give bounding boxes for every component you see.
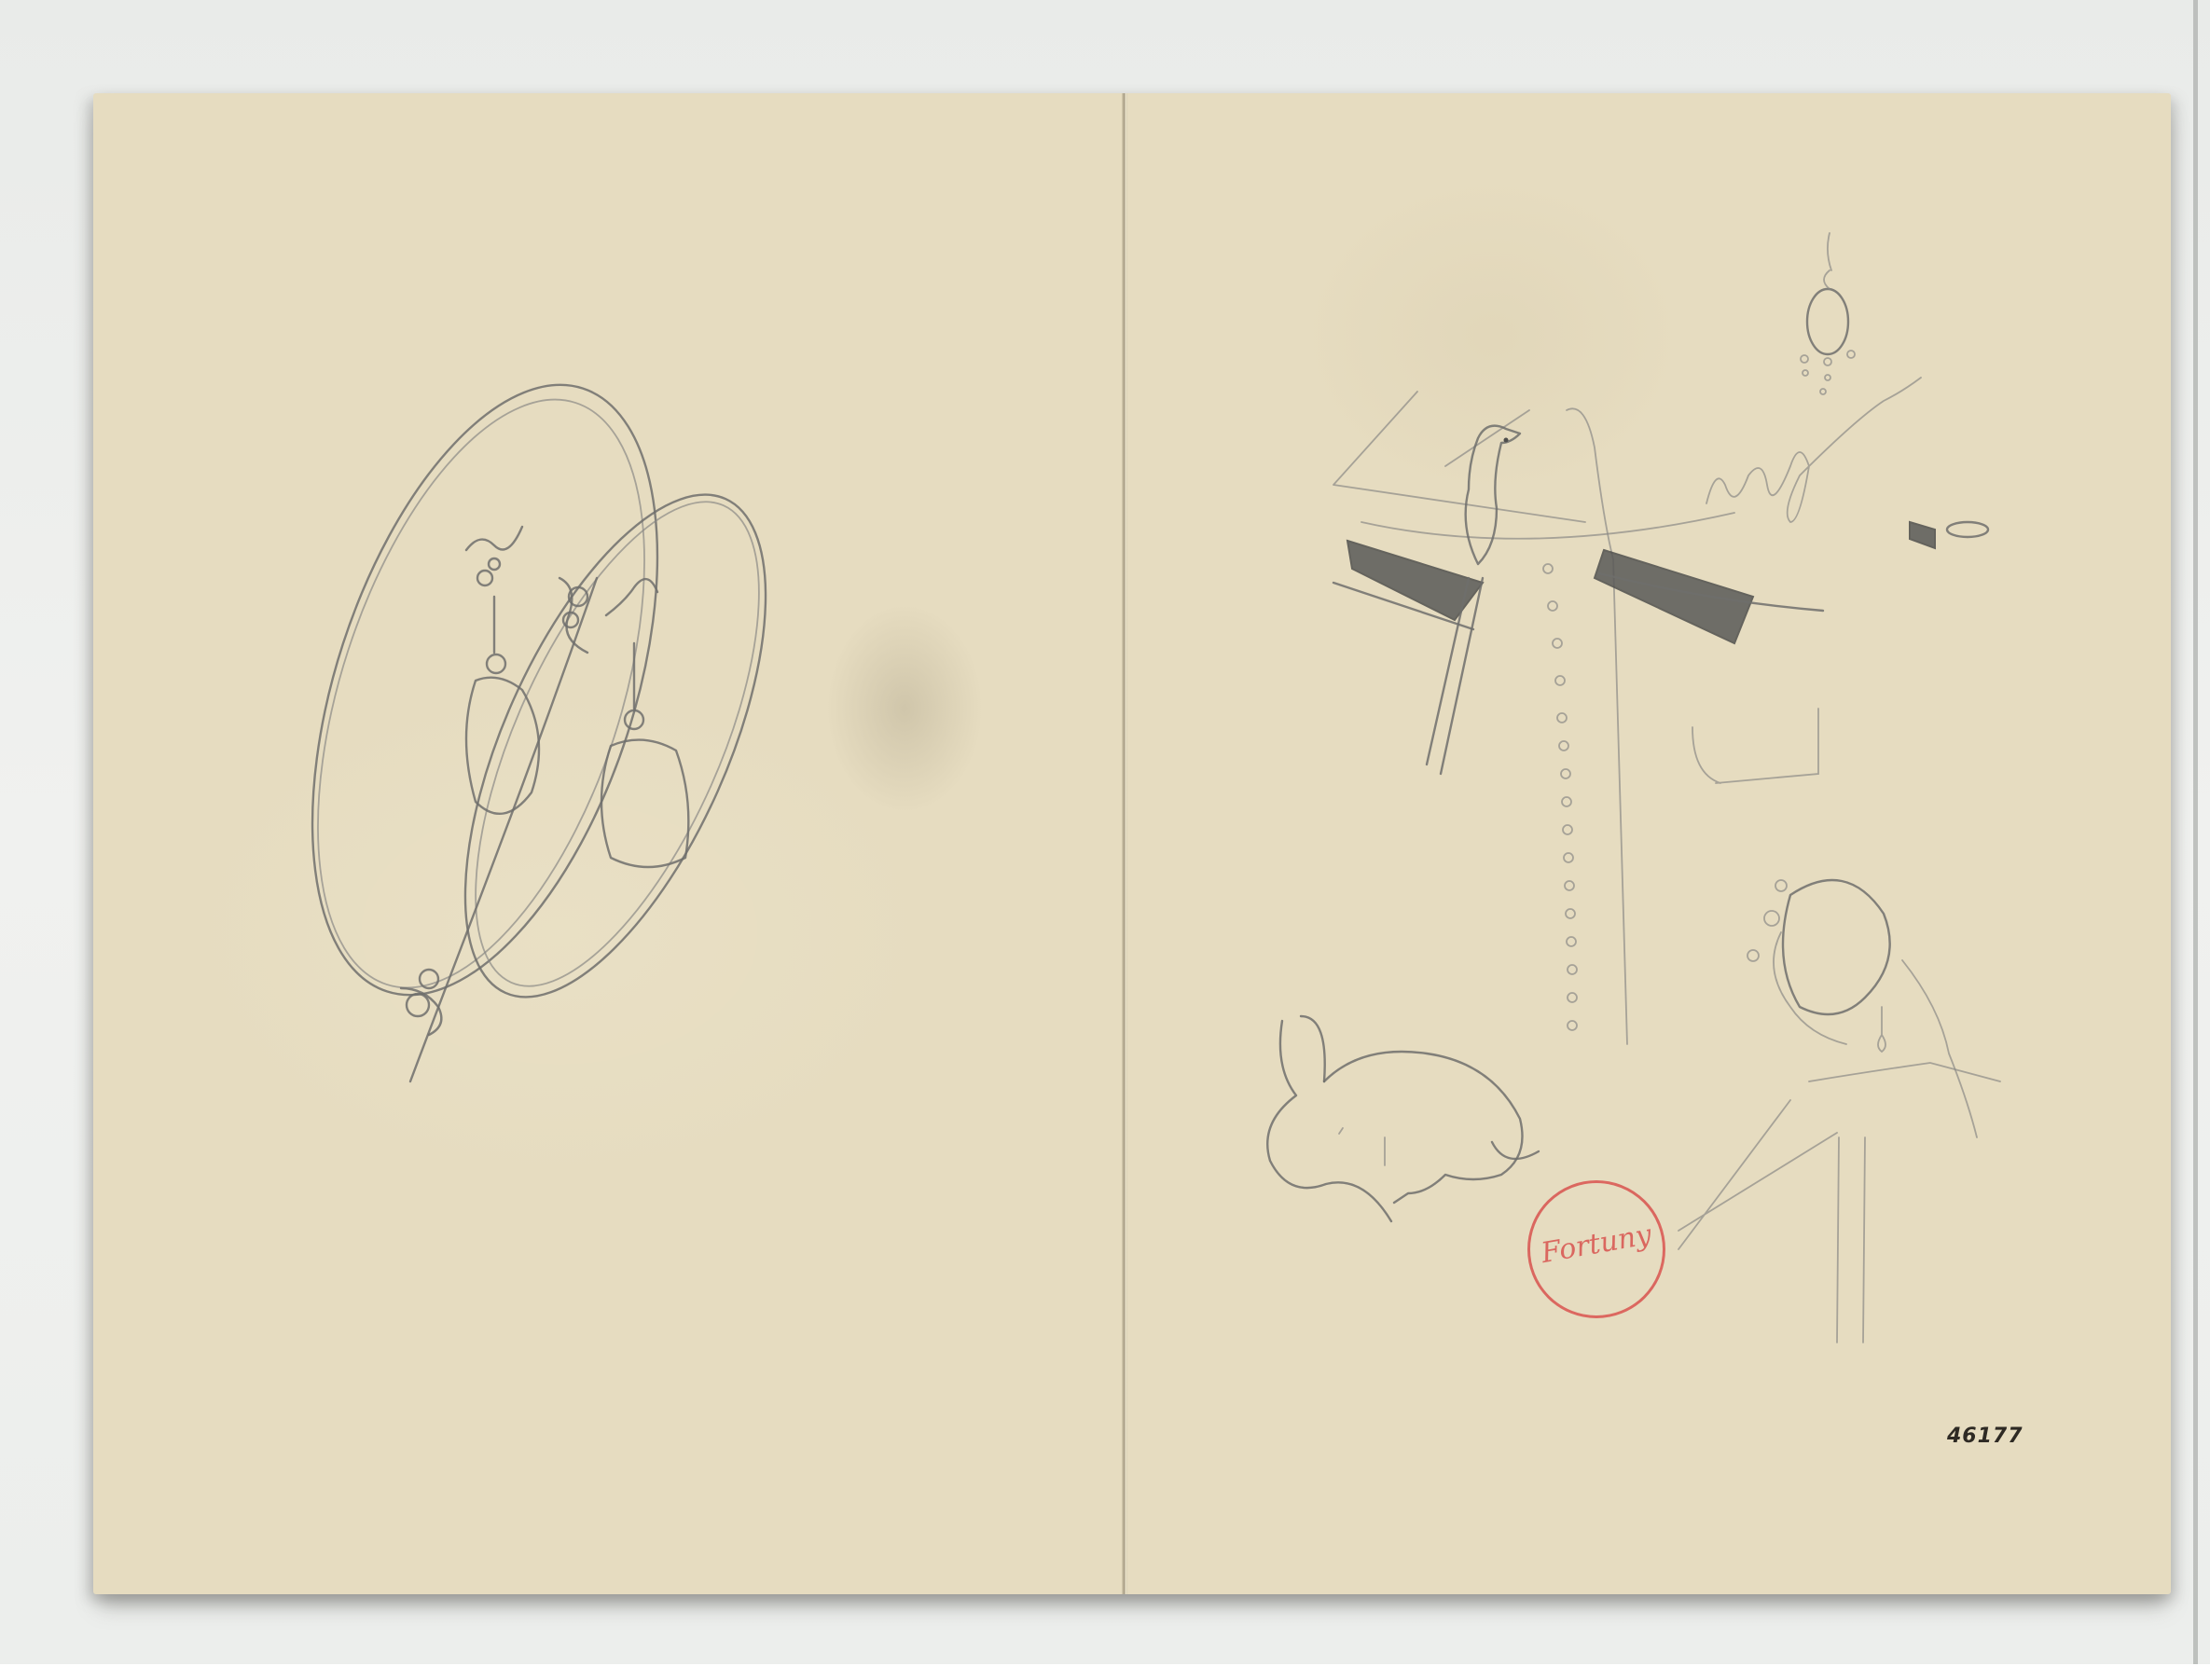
right-page-sketches	[1127, 93, 2171, 1594]
woman-bust-sketch	[1678, 880, 2000, 1343]
small-clasp	[1910, 522, 1988, 548]
handwritten-word	[1706, 378, 1921, 522]
left-page	[93, 93, 1124, 1594]
filigree-ornaments	[401, 527, 657, 1035]
bead-chain	[1543, 564, 1577, 1030]
right-page: Fortuny 46177	[1127, 93, 2171, 1594]
catalog-number: 46177	[1947, 1425, 2024, 1448]
stamp-text: Fortuny	[1528, 1217, 1664, 1272]
bottom-strip	[0, 1664, 2210, 1680]
collection-stamp: Fortuny	[1527, 1180, 1665, 1318]
pendant-earring	[1801, 233, 1855, 394]
sketchbook-sheet: Fortuny 46177	[93, 93, 2171, 1594]
rabbit-sketch	[1267, 1016, 1539, 1221]
mount-edge	[2193, 0, 2198, 1664]
bird-necklace-sketch	[1333, 392, 1823, 1044]
oval-brooch-sketch	[93, 93, 1124, 1594]
